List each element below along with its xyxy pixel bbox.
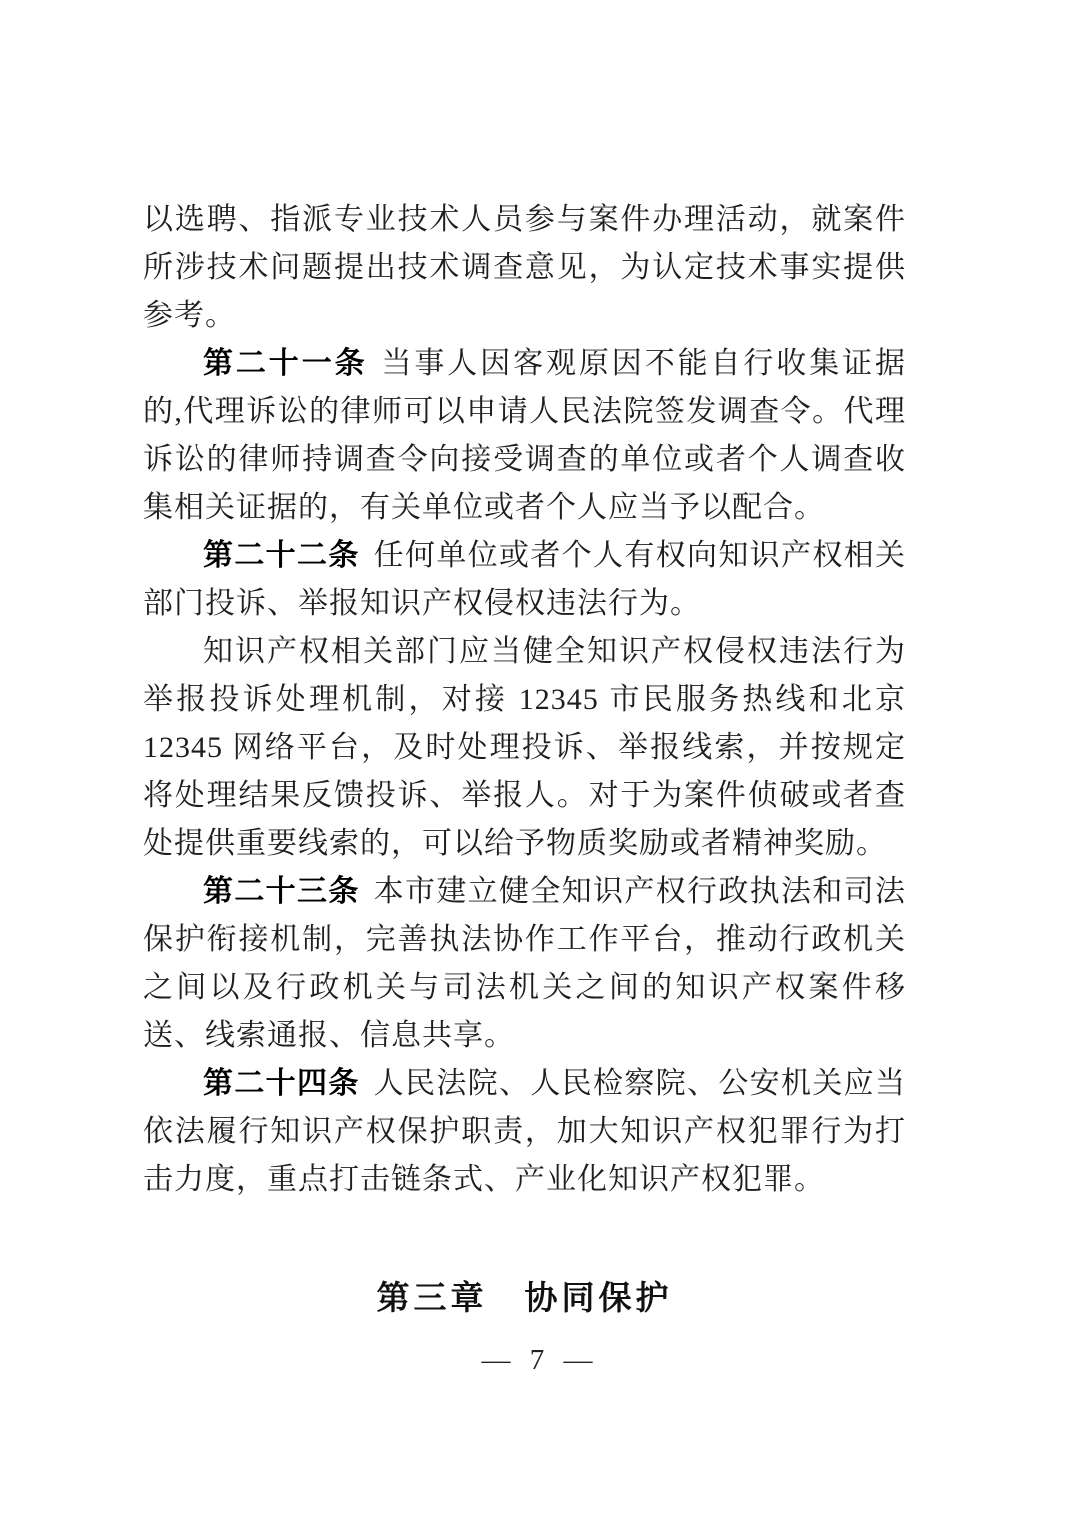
chapter-heading: 第三章 协同保护 — [143, 1274, 906, 1322]
paragraph-complaint-mechanism: 知识产权相关部门应当健全知识产权侵权违法行为举报投诉处理机制，对接 12345 … — [143, 628, 906, 868]
paragraph-article-24: 第二十四条人民法院、人民检察院、公安机关应当依法履行知识产权保护职责，加大知识产… — [143, 1060, 906, 1204]
article-21-term: 第二十一条 — [203, 347, 368, 380]
paragraph-text: 知识产权相关部门应当健全知识产权侵权违法行为举报投诉处理机制，对接 12345 … — [143, 635, 906, 860]
paragraph-text: 以选聘、指派专业技术人员参与案件办理活动，就案件所涉技术问题提出技术调查意见，为… — [143, 203, 906, 332]
article-23-term: 第二十三条 — [203, 875, 360, 908]
page-number: — 7 — — [0, 1344, 1080, 1377]
paragraph-continuation: 以选聘、指派专业技术人员参与案件办理活动，就案件所涉技术问题提出技术调查意见，为… — [143, 196, 906, 340]
document-page: 以选聘、指派专业技术人员参与案件办理活动，就案件所涉技术问题提出技术调查意见，为… — [0, 0, 1080, 1527]
paragraph-article-23: 第二十三条本市建立健全知识产权行政执法和司法保护衔接机制，完善执法协作工作平台，… — [143, 868, 906, 1060]
article-24-term: 第二十四条 — [203, 1067, 360, 1100]
paragraph-article-21: 第二十一条当事人因客观原因不能自行收集证据的,代理诉讼的律师可以申请人民法院签发… — [143, 340, 906, 532]
paragraph-article-22: 第二十二条任何单位或者个人有权向知识产权相关部门投诉、举报知识产权侵权违法行为。 — [143, 532, 906, 628]
document-body: 以选聘、指派专业技术人员参与案件办理活动，就案件所涉技术问题提出技术调查意见，为… — [143, 196, 906, 1322]
article-22-term: 第二十二条 — [203, 539, 360, 572]
